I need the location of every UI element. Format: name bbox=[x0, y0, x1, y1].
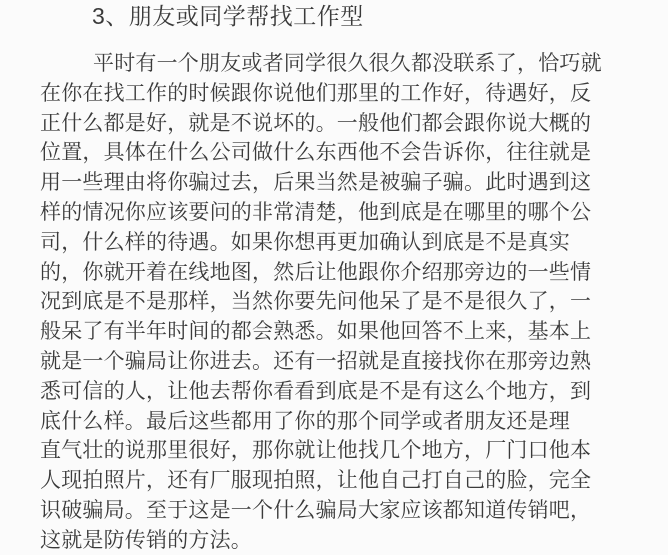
section-heading: 3、朋友或同学帮找工作型 bbox=[92, 2, 640, 30]
document-page: 3、朋友或同学帮找工作型 平时有一个朋友或者同学很久很久都没联系了，恰巧就 在你… bbox=[0, 0, 668, 555]
paragraph: 平时有一个朋友或者同学很久很久都没联系了，恰巧就 在你在找工作的时候跟你说他们那… bbox=[40, 49, 640, 555]
